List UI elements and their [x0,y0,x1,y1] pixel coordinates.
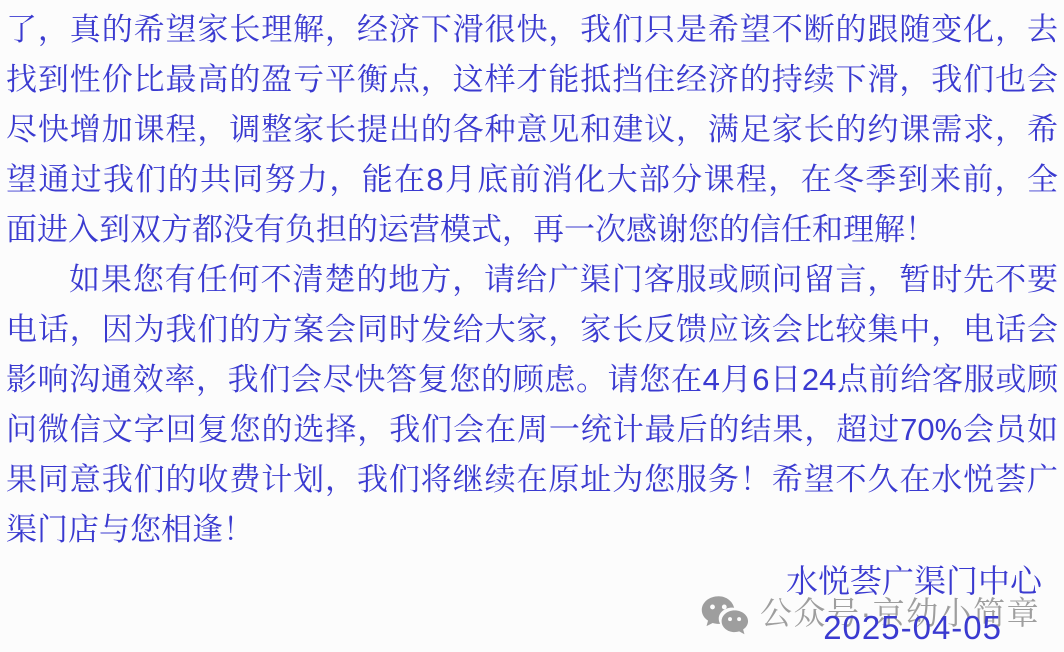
text-line: 望通过我们的共同努力，能在8月底前消化大部分课程，在冬季到来前，全 [6,155,1058,205]
date: 2025-04-05 [823,609,1002,647]
wechat-icon [700,594,750,636]
text-line: 渠门店与您相逢！ [6,505,1058,555]
document-page: 了，真的希望家长理解，经济下滑很快，我们只是希望不断的跟随变化，去 找到性价比最… [0,0,1064,652]
text-line: 了，真的希望家长理解，经济下滑很快，我们只是希望不断的跟随变化，去 [6,5,1058,55]
text-line: 电话，因为我们的方案会同时发给大家，家长反馈应该会比较集中，电话会 [6,305,1058,355]
text-line: 如果您有任何不清楚的地方，请给广渠门客服或顾问留言，暂时先不要 [6,255,1058,305]
text-line: 尽快增加课程，调整家长提出的各种意见和建议，满足家长的约课需求，希 [6,105,1058,155]
text-line: 面进入到双方都没有负担的运营模式，再一次感谢您的信任和理解！ [6,205,1058,255]
text-line: 影响沟通效率，我们会尽快答复您的顾虑。请您在4月6日24点前给客服或顾 [6,355,1058,405]
text-line: 找到性价比最高的盈亏平衡点，这样才能抵挡住经济的持续下滑，我们也会 [6,55,1058,105]
letter-body: 了，真的希望家长理解，经济下滑很快，我们只是希望不断的跟随变化，去 找到性价比最… [6,5,1058,555]
text-line: 问微信文字回复您的选择，我们会在周一统计最后的结果，超过70%会员如 [6,405,1058,455]
signature: 水悦荟广渠门中心 [786,556,1042,602]
text-line: 果同意我们的收费计划，我们将继续在原址为您服务！希望不久在水悦荟广 [6,455,1058,505]
